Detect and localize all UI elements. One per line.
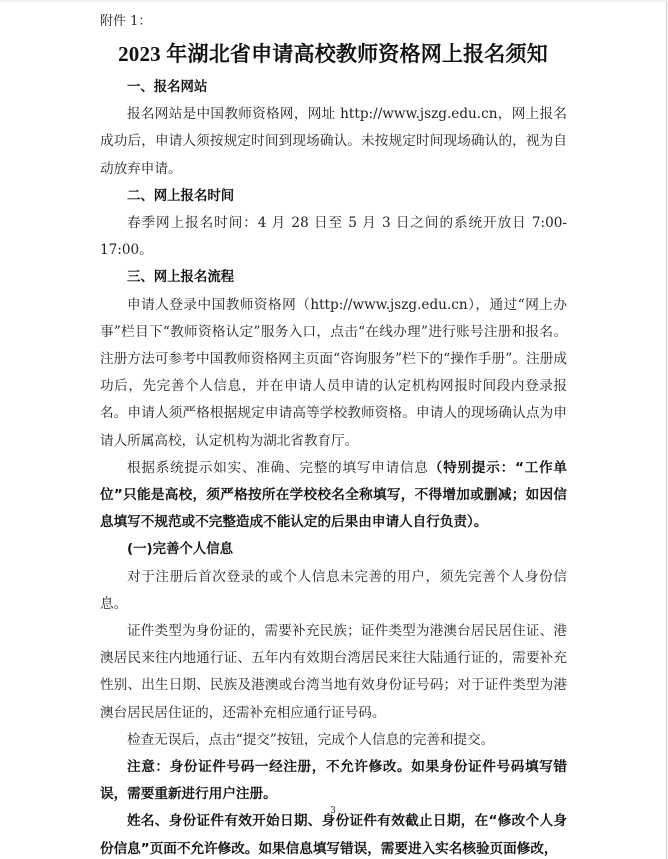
- subsection-heading-personal-info: (一)完善个人信息: [100, 536, 567, 563]
- section-heading-time: 二、网上报名时间: [100, 183, 567, 210]
- paragraph-id-warning: 注意：身份证件号码一经注册，不允许修改。如果身份证件号码填写错误，需要重新进行用…: [100, 754, 567, 808]
- paragraph-process: 申请人登录中国教师资格网（http://www.jszg.edu.cn），通过“…: [100, 292, 567, 455]
- document-body: 一、报名网站 报名网站是中国教师资格网，网址 http://www.jszg.e…: [100, 74, 567, 859]
- paragraph-time: 春季网上报名时间：4 月 28 日至 5 月 3 日之间的系统开放日 7:00-…: [100, 210, 567, 264]
- document-page: 附件 1： 2023 年湖北省申请高校教师资格网上报名须知 一、报名网站 报名网…: [0, 2, 667, 859]
- document-title: 2023 年湖北省申请高校教师资格网上报名须知: [0, 38, 666, 68]
- paragraph-name-warning: 姓名、身份证件有效开始日期、身份证件有效截止日期，在“修改个人身份信息”页面不允…: [100, 808, 567, 859]
- section-heading-website: 一、报名网站: [100, 74, 567, 101]
- paragraph-website: 报名网站是中国教师资格网，网址 http://www.jszg.edu.cn，网…: [100, 101, 567, 183]
- page-number: 3: [0, 806, 666, 816]
- section-heading-process: 三、网上报名流程: [100, 264, 567, 291]
- paragraph-submit: 检查无误后，点击“提交”按钮，完成个人信息的完善和提交。: [100, 727, 567, 754]
- paragraph-special-notice: 根据系统提示如实、准确、完整的填写申请信息（特别提示：“工作单位”只能是高校，须…: [100, 455, 567, 537]
- paragraph-id-types: 证件类型为身份证的，需要补充民族；证件类型为港澳台居民居住证、港澳居民来往内地通…: [100, 618, 567, 727]
- notice-normal-text: 根据系统提示如实、准确、完整的填写申请信息: [127, 460, 429, 476]
- paragraph-first-login: 对于注册后首次登录的或个人信息未完善的用户，须先完善个人身份信息。: [100, 564, 567, 618]
- attachment-label: 附件 1：: [100, 10, 151, 29]
